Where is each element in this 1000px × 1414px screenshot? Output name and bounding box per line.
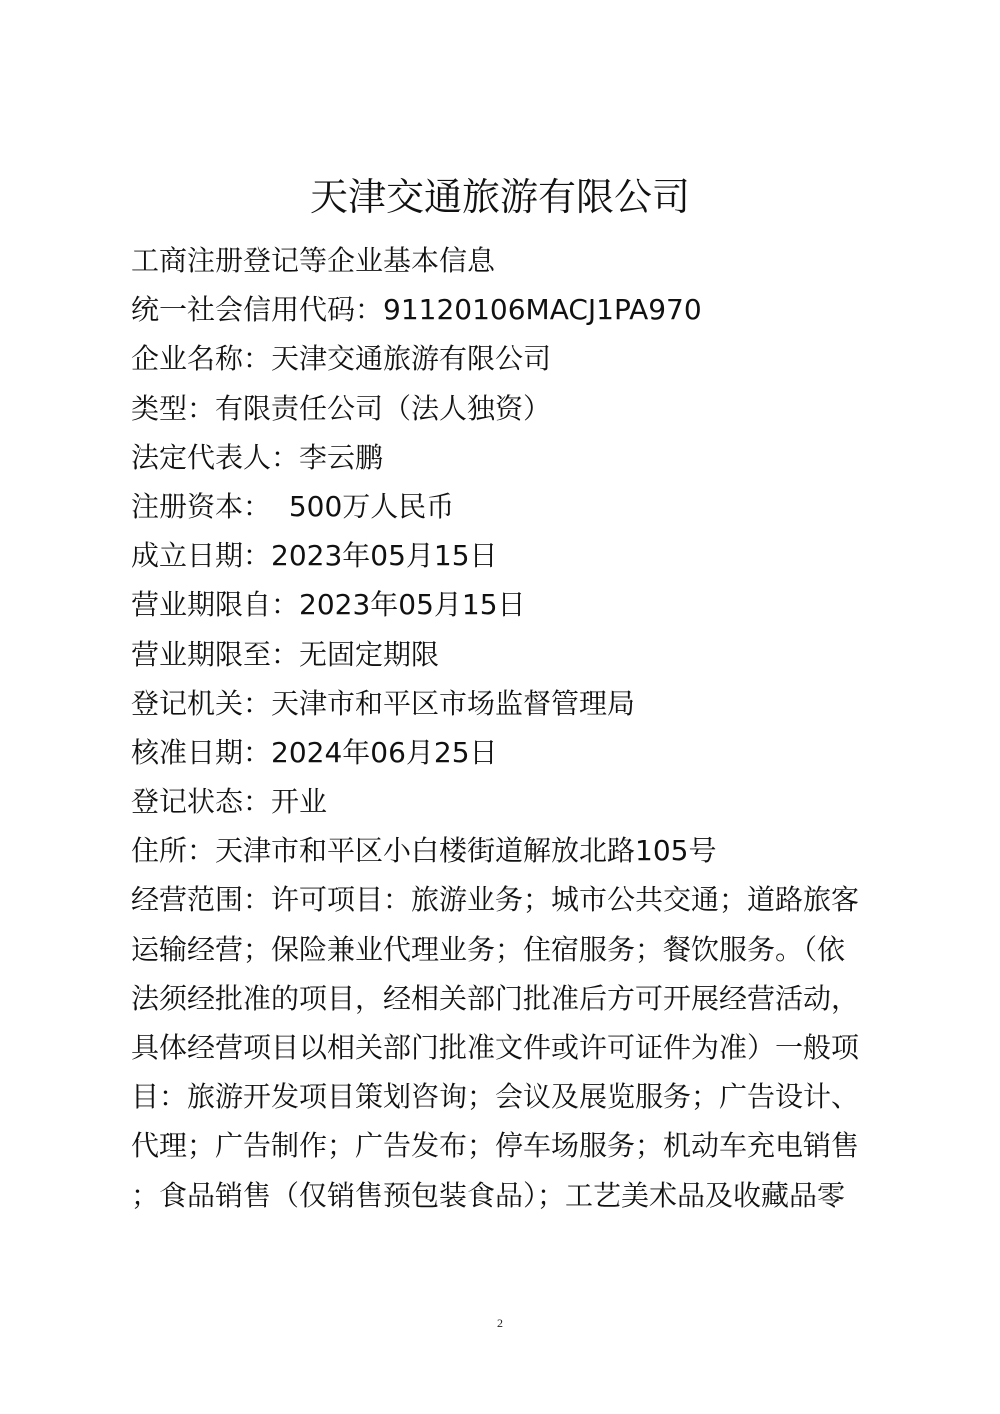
field-legal-representative: 法定代表人：李云鹏 [131,433,871,482]
field-label: 住所： [131,834,215,867]
field-value: 天津交通旅游有限公司 [271,342,551,375]
field-value: 91120106MACJ1PA970 [383,293,702,326]
business-scope-line: ；食品销售（仅销售预包装食品）；工艺美术品及收藏品零 [131,1171,871,1220]
field-label: 企业名称： [131,342,271,375]
field-value: 2024年06月25日 [271,736,498,769]
business-scope-line: 法须经批准的项目，经相关部门批准后方可开展经营活动， [131,974,871,1023]
business-scope-line: 目：旅游开发项目策划咨询；会议及展览服务；广告设计、 [131,1072,871,1121]
section-heading: 工商注册登记等企业基本信息 [131,236,871,285]
field-label: 统一社会信用代码： [131,293,383,326]
field-value: 无固定期限 [299,638,439,671]
field-value: 有限责任公司（法人独资） [215,392,551,425]
field-credit-code: 统一社会信用代码：91120106MACJ1PA970 [131,285,871,334]
field-label: 类型： [131,392,215,425]
field-approval-date: 核准日期：2024年06月25日 [131,728,871,777]
field-address: 住所：天津市和平区小白楼街道解放北路105号 [131,826,871,875]
field-value: 2023年05月15日 [299,588,526,621]
field-company-name: 企业名称：天津交通旅游有限公司 [131,334,871,383]
document-page: 天津交通旅游有限公司 工商注册登记等企业基本信息 统一社会信用代码：911201… [0,0,1000,1414]
field-value: 李云鹏 [299,441,383,474]
field-established-date: 成立日期：2023年05月15日 [131,531,871,580]
field-label: 营业期限自： [131,588,299,621]
field-label: 法定代表人： [131,441,299,474]
field-company-type: 类型：有限责任公司（法人独资） [131,384,871,433]
page-number: 2 [0,1316,1000,1331]
field-label: 核准日期： [131,736,271,769]
field-registered-capital: 注册资本： 500万人民币 [131,482,871,531]
field-value: 天津市和平区小白楼街道解放北路105号 [215,834,716,867]
field-value: 开业 [271,785,327,818]
company-info-block: 工商注册登记等企业基本信息 统一社会信用代码：91120106MACJ1PA97… [131,236,871,1220]
business-scope-line: 运输经营；保险兼业代理业务；住宿服务；餐饮服务。（依 [131,925,871,974]
field-value: 2023年05月15日 [271,539,498,572]
field-registration-authority: 登记机关：天津市和平区市场监督管理局 [131,679,871,728]
business-scope-line: 经营范围：许可项目：旅游业务；城市公共交通；道路旅客 [131,875,871,924]
field-value: 天津市和平区市场监督管理局 [271,687,635,720]
field-label: 成立日期： [131,539,271,572]
field-label: 登记机关： [131,687,271,720]
document-title: 天津交通旅游有限公司 [0,172,1000,222]
field-label: 登记状态： [131,785,271,818]
business-scope-line: 具体经营项目以相关部门批准文件或许可证件为准）一般项 [131,1023,871,1072]
field-value: 500万人民币 [271,490,454,523]
field-label: 注册资本： [131,490,271,523]
business-scope-line: 代理；广告制作；广告发布；停车场服务；机动车充电销售 [131,1121,871,1170]
business-scope: 经营范围：许可项目：旅游业务；城市公共交通；道路旅客 运输经营；保险兼业代理业务… [131,875,871,1219]
field-term-from: 营业期限自：2023年05月15日 [131,580,871,629]
field-term-to: 营业期限至：无固定期限 [131,630,871,679]
field-label: 营业期限至： [131,638,299,671]
field-registration-status: 登记状态：开业 [131,777,871,826]
